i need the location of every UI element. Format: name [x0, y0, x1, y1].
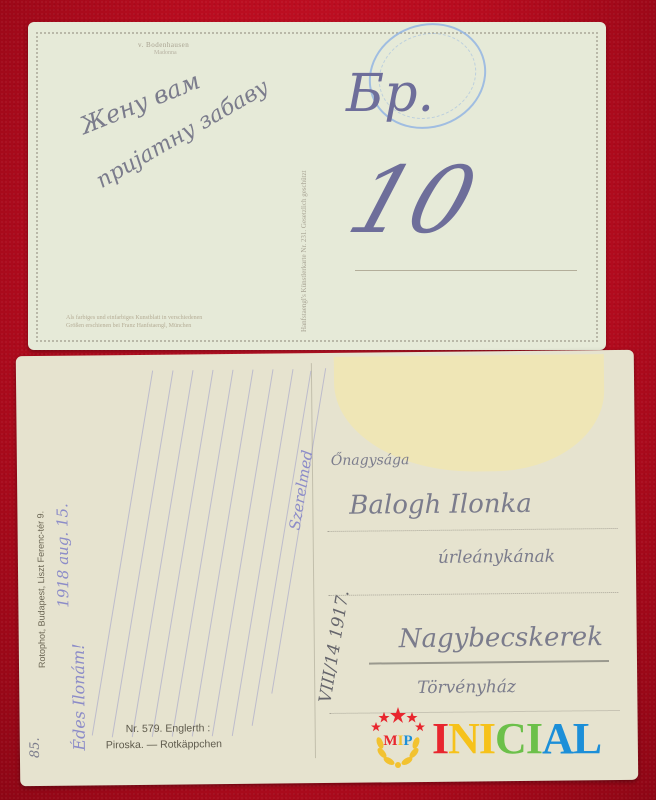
address-name: Balogh Ilonka [349, 489, 532, 521]
address-building: Törvényház [417, 677, 516, 698]
letter-text-line [252, 371, 312, 726]
publisher-imprint: Rotophot, Budapest, Liszt Ferenc-tér 9. [35, 511, 47, 668]
address-prefix: Őnagysága [331, 452, 410, 469]
mip-laurel-badge-icon: MIP [370, 705, 426, 769]
publisher-footnote: Als farbiges und einfarbiges Kunstblatt … [66, 314, 306, 330]
address-city: Nagybecskerek [399, 622, 604, 654]
dotted-border [36, 32, 598, 342]
top-postcard: v. Bodenhausen Madonna Hanfstaengl's Kün… [28, 22, 606, 350]
wordmark-letter: A [542, 714, 573, 763]
printed-subtitle: Madonna [154, 50, 177, 56]
wordmark-letter: I [432, 714, 448, 763]
caption-line-1: Nr. 579. Englerth : [126, 722, 211, 735]
handwriting-date: 1918 aug. 15. [53, 503, 72, 608]
inicial-wordmark: INICIAL [432, 717, 601, 761]
address-rule-solid [369, 660, 609, 665]
handwriting-mark: Бр. [346, 64, 434, 124]
inicial-watermark: MIP INICIAL [370, 705, 640, 775]
handwriting-greeting: Édes Ilonám! [69, 643, 89, 750]
publisher-imprint-vertical: Hanfstaengl's Künstlerkarte Nr. 231. Ges… [300, 72, 308, 332]
footnote-line-1: Als farbiges und einfarbiges Kunstblatt … [66, 314, 306, 322]
footnote-line-2: Größen erschienen bei Franz Hanfstaengl,… [66, 322, 306, 330]
caption-line-2: Piroska. — Rotkäppchen [106, 738, 222, 751]
wordmark-letter: C [495, 714, 526, 763]
wordmark-letter: N [448, 714, 479, 763]
wordmark-letter: I [479, 714, 495, 763]
letter-text-line [92, 370, 154, 735]
printed-title: v. Bodenhausen [138, 41, 189, 49]
svg-text:MIP: MIP [383, 733, 412, 749]
corner-number: 85. [28, 737, 43, 758]
pencil-note: VIII/14 1917. [315, 589, 353, 705]
address-rule [328, 528, 618, 532]
address-rule [328, 592, 618, 596]
wordmark-letter: L [573, 714, 601, 763]
wordmark-letter: I [526, 714, 542, 763]
address-line [355, 270, 577, 271]
letter-text-line [271, 368, 326, 694]
address-title: úrleánykának [438, 547, 555, 568]
